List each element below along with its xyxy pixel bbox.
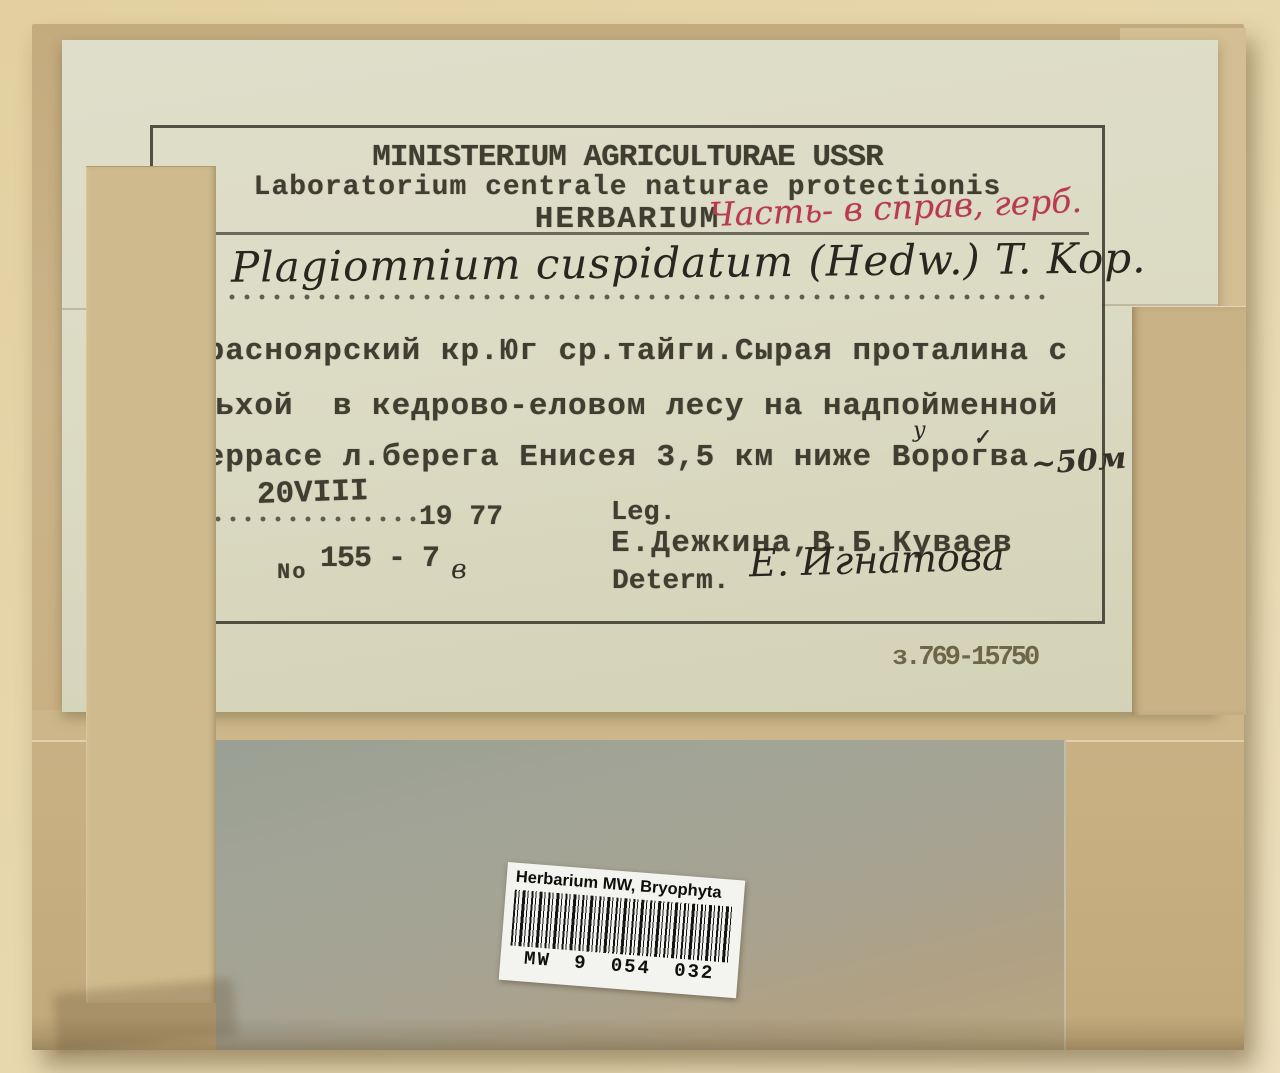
barcode-sticker: Herbarium MW, Bryophyta MW 9 054 032 bbox=[499, 862, 746, 998]
accession-stamp: з.769-15750 bbox=[892, 643, 1037, 673]
handwritten-caret-mark-line3: ✓ bbox=[971, 424, 991, 450]
herbarium-label: MINISTERIUM AGRICULTURAE USSR Laboratori… bbox=[62, 40, 1218, 712]
specimen-number: 155 - 7 bbox=[320, 542, 439, 576]
species-dotted-line bbox=[229, 294, 1051, 300]
institution-line-1: MINISTERIUM AGRICULTURAE USSR bbox=[153, 140, 1102, 175]
specimen-number-suffix: в bbox=[451, 554, 467, 585]
date-dotted-line bbox=[215, 516, 425, 522]
determ-label: Determ. bbox=[612, 566, 730, 597]
collection-date: 20VIII bbox=[256, 474, 369, 513]
number-label: No bbox=[277, 560, 307, 585]
leg-label: Leg. bbox=[611, 498, 676, 528]
locality-line-3: террасе л.берега Енисея 3,5 км ниже Воро… bbox=[186, 440, 1029, 475]
packet-bottom-shading bbox=[32, 1016, 1244, 1050]
packet-left-fold bbox=[86, 166, 216, 1003]
handwritten-correction-mark-line2: у bbox=[913, 418, 926, 443]
locality-line-1: Красноярский кр.Юг ср.тайги.Сырая протал… bbox=[186, 334, 1068, 369]
collection-year: 19 77 bbox=[419, 502, 503, 533]
species-name-handwritten: Plagiomnium cuspidatum (Hedw.) T. Kop. bbox=[231, 233, 1147, 292]
determiner-name-handwritten: Е. Игнатова bbox=[748, 535, 1005, 586]
packet-right-fold bbox=[1132, 306, 1246, 715]
altitude-note-handwritten: ~50м bbox=[1030, 441, 1128, 483]
herbarium-specimen-photo: MINISTERIUM AGRICULTURAE USSR Laboratori… bbox=[0, 0, 1280, 1073]
label-border-box: MINISTERIUM AGRICULTURAE USSR Laboratori… bbox=[150, 125, 1105, 624]
